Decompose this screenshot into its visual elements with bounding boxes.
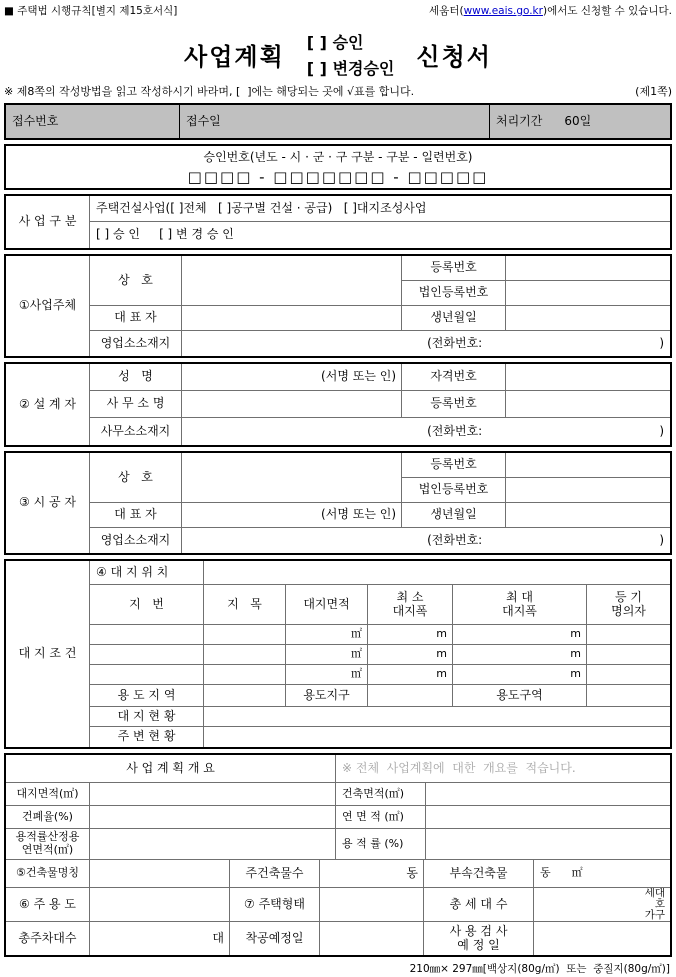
designer-phone-label: (전화번호: <box>427 425 482 439</box>
business-class-table: 사 업 구 분 주택건설사업([ ]전체 [ ]공구별 건설 · 공급) [ ]… <box>4 194 672 250</box>
site-max-unit-1[interactable]: m <box>453 625 587 645</box>
start-date-label: 착공예정일 <box>230 922 320 955</box>
site-col-area: 대지면적 <box>286 585 368 625</box>
field-owner-birth[interactable] <box>506 306 670 331</box>
field-plan-site-area[interactable] <box>90 783 336 806</box>
dong-m2-units: 동 ㎡ <box>540 867 583 880</box>
approval-type-options[interactable]: [ ] 승 인 [ ] 변 경 승 인 <box>90 222 670 248</box>
site-conditions-table: 대 지 조 건 ④ 대 지 위 치 지 번 지 목 대지면적 최 소 대지폭 최… <box>4 559 672 749</box>
site-col-min-width: 최 소 대지폭 <box>368 585 453 625</box>
field-site-status[interactable] <box>204 707 670 727</box>
builder-birth-label: 생년월일 <box>402 503 506 528</box>
surroundings-label: 주 변 현 황 <box>90 727 204 747</box>
site-area-unit-1[interactable]: ㎡ <box>286 625 368 645</box>
eais-notice: 세움터(www.eais.go.kr)에서도 신청할 수 있습니다. <box>429 3 672 18</box>
instruction-row: ※ 제8쪽의 작성방법을 읽고 작성하시기 바라며, [ ]에는 해당되는 곳에… <box>4 83 672 99</box>
main-bldg-count-label: 주건축물수 <box>230 860 320 888</box>
approval-number-boxes[interactable]: □□□□ - □□□□□□□ - □□□□□ <box>188 168 489 186</box>
designer-name-label: 성 명 <box>90 364 182 391</box>
designer-qual-no-label: 자격번호 <box>402 364 506 391</box>
approval-number-caption: 승인번호(년도 - 시 · 군 · 구 구분 - 구분 - 일련번호) <box>203 148 472 165</box>
field-designer-address[interactable]: (전화번호: ) <box>182 418 670 445</box>
dong-unit: 동 <box>406 867 418 881</box>
form-title: 사업계획 [ ] 승인 [ ] 변경승인 신청서 <box>4 30 672 79</box>
field-site-location[interactable] <box>204 561 670 585</box>
total-units-label: 총 세 대 수 <box>424 888 534 922</box>
eais-notice-prefix: 세움터( <box>429 5 464 17</box>
building-summary-table: ⑤건축물명칭 주건축물수 동 부속건축물 동 ㎡ ⑥ 주 용 도 ⑦ 주택형태 … <box>6 859 670 955</box>
field-site-jibun-1[interactable] <box>90 625 204 645</box>
paper-spec-note: 210㎜× 297㎜[백상지(80g/㎡) 또는 중질지(80g/㎡)] <box>4 961 672 976</box>
field-plan-far-area[interactable] <box>90 829 336 859</box>
plan-summary-section: 사 업 계 획 개 요 ※ 전체 사업계획에 대한 개요를 적습니다. 대지면적… <box>4 753 672 957</box>
zone-label: 용 도 지 역 <box>90 685 204 707</box>
top-notice-bar: ■ 주택법 시행규칙[별지 제15호서식] 세움터(www.eais.go.kr… <box>4 1 672 18</box>
field-builder-reg-no[interactable] <box>506 453 670 478</box>
designer-table: ② 설 계 자 성 명 (서명 또는 인) 자격번호 사 무 소 명 등록번호 … <box>4 362 672 447</box>
field-main-bldg-count[interactable]: 동 <box>320 860 424 888</box>
builder-phone-close: ) <box>659 534 664 548</box>
builder-rep-label: 대 표 자 <box>90 503 182 528</box>
field-designer-reg-no[interactable] <box>506 391 670 418</box>
field-plan-bldg-area[interactable] <box>426 783 670 806</box>
business-class-label: 사 업 구 분 <box>6 196 90 248</box>
unit-names: 세대 호 가구 <box>645 888 665 921</box>
receipt-table: 접수번호 접수일 처리기간 60일 <box>4 103 672 140</box>
checkbox-change-approval[interactable]: [ ] 변경승인 <box>307 56 395 79</box>
house-type-label: ⑦ 주택형태 <box>230 888 320 922</box>
owner-table: ①사업주체 상 호 등록번호 법인등록번호 대 표 자 생년월일 영업소소재지 … <box>4 254 672 358</box>
builder-section-label: ③ 시 공 자 <box>6 453 90 553</box>
builder-table: ③ 시 공 자 상 호 등록번호 법인등록번호 대 표 자 (서명 또는 인) … <box>4 451 672 555</box>
site-min-unit-1[interactable]: m <box>368 625 453 645</box>
owner-phone-label: (전화번호: <box>427 337 482 351</box>
site-location-label: ④ 대 지 위 치 <box>90 561 204 585</box>
field-main-use[interactable] <box>90 888 230 922</box>
designer-addr-label: 사무소소재지 <box>90 418 182 445</box>
site-min-unit-2[interactable]: m <box>368 645 453 665</box>
field-builder-birth[interactable] <box>506 503 670 528</box>
builder-trade-name-label: 상 호 <box>90 453 182 503</box>
designer-office-label: 사 무 소 명 <box>90 391 182 418</box>
field-site-jimok-2[interactable] <box>204 645 286 665</box>
field-inspection-date[interactable] <box>534 922 670 955</box>
owner-trade-name-label: 상 호 <box>90 256 182 306</box>
zone2-label: 용도구역 <box>453 685 587 707</box>
plan-bldg-area-label: 건축면적(㎡) <box>336 783 426 806</box>
page-number-note: (제1쪽) <box>635 83 672 99</box>
inspection-date-label: 사 용 검 사 예 정 일 <box>424 922 534 955</box>
owner-addr-label: 영업소소재지 <box>90 331 182 356</box>
site-max-unit-3[interactable]: m <box>453 665 587 685</box>
site-area-unit-2[interactable]: ㎡ <box>286 645 368 665</box>
plan-summary-title: 사 업 계 획 개 요 <box>6 755 336 783</box>
field-bldg-name[interactable] <box>90 860 230 888</box>
site-col-jibun: 지 번 <box>90 585 204 625</box>
site-status-label: 대 지 현 황 <box>90 707 204 727</box>
main-use-label: ⑥ 주 용 도 <box>6 888 90 922</box>
field-house-type[interactable] <box>320 888 424 922</box>
field-builder-corp-no[interactable] <box>506 478 670 503</box>
field-builder-rep[interactable]: (서명 또는 인) <box>182 503 402 528</box>
field-plan-coverage[interactable] <box>90 806 336 829</box>
business-type-options[interactable]: 주택건설사업([ ]전체 [ ]공구별 건설 · 공급) [ ]대지조성사업 <box>90 196 670 222</box>
field-site-owner-1[interactable] <box>587 625 670 645</box>
field-site-jibun-2[interactable] <box>90 645 204 665</box>
site-col-max-width: 최 대 대지폭 <box>453 585 587 625</box>
builder-sign-note: (서명 또는 인) <box>321 508 396 522</box>
designer-reg-no-label: 등록번호 <box>402 391 506 418</box>
eais-notice-suffix: )에서도 신청할 수 있습니다. <box>543 5 672 17</box>
field-designer-name[interactable]: (서명 또는 인) <box>182 364 402 391</box>
builder-phone-label: (전화번호: <box>427 534 482 548</box>
designer-phone-close: ) <box>659 425 664 439</box>
field-designer-qual-no[interactable] <box>506 364 670 391</box>
builder-reg-no-label: 등록번호 <box>402 453 506 478</box>
field-site-owner-3[interactable] <box>587 665 670 685</box>
receipt-no-label: 접수번호 <box>6 105 180 138</box>
field-owner-trade-name[interactable] <box>182 256 402 306</box>
field-owner-reg-no[interactable] <box>506 256 670 281</box>
field-zone2[interactable] <box>587 685 670 707</box>
field-district[interactable] <box>368 685 453 707</box>
field-surroundings[interactable] <box>204 727 670 747</box>
owner-reg-no-label: 등록번호 <box>402 256 506 281</box>
site-col-jimok: 지 목 <box>204 585 286 625</box>
processing-period-cell: 처리기간 60일 <box>490 105 670 138</box>
field-owner-rep[interactable] <box>182 306 402 331</box>
owner-birth-label: 생년월일 <box>402 306 506 331</box>
field-site-jimok-3[interactable] <box>204 665 286 685</box>
processing-period-value: 60일 <box>564 115 591 129</box>
field-total-units[interactable]: 세대 호 가구 <box>534 888 670 922</box>
designer-section-label: ② 설 계 자 <box>6 364 90 445</box>
owner-rep-label: 대 표 자 <box>90 306 182 331</box>
eais-link[interactable]: www.eais.go.kr <box>464 5 543 17</box>
aux-bldg-label: 부속건축물 <box>424 860 534 888</box>
plan-summary-table: 사 업 계 획 개 요 ※ 전체 사업계획에 대한 개요를 적습니다. 대지면적… <box>6 755 670 859</box>
instruction-text: ※ 제8쪽의 작성방법을 읽고 작성하시기 바라며, [ ]에는 해당되는 곳에… <box>4 83 414 99</box>
plan-floor-area-label: 연 면 적 (㎡) <box>336 806 426 829</box>
field-designer-office[interactable] <box>182 391 402 418</box>
field-zone[interactable] <box>204 685 286 707</box>
designer-sign-note: (서명 또는 인) <box>321 370 396 384</box>
field-aux-bldg[interactable]: 동 ㎡ <box>534 860 670 888</box>
site-min-unit-3[interactable]: m <box>368 665 453 685</box>
field-parking[interactable]: 대 <box>90 922 230 955</box>
owner-corp-no-label: 법인등록번호 <box>402 281 506 306</box>
field-site-jibun-3[interactable] <box>90 665 204 685</box>
plan-summary-note: ※ 전체 사업계획에 대한 개요를 적습니다. <box>336 755 670 783</box>
form-page: ■ 주택법 시행규칙[별지 제15호서식] 세움터(www.eais.go.kr… <box>0 0 676 977</box>
field-site-owner-2[interactable] <box>587 645 670 665</box>
form-code-note: ■ 주택법 시행규칙[별지 제15호서식] <box>4 3 177 18</box>
dae-unit: 대 <box>212 932 224 946</box>
receipt-date-label: 접수일 <box>180 105 490 138</box>
owner-section-label: ①사업주체 <box>6 256 90 356</box>
site-section-label: 대 지 조 건 <box>6 561 90 747</box>
field-plan-far[interactable] <box>426 829 670 859</box>
builder-corp-no-label: 법인등록번호 <box>402 478 506 503</box>
site-max-unit-2[interactable]: m <box>453 645 587 665</box>
district-label: 용도지구 <box>286 685 368 707</box>
field-site-jimok-1[interactable] <box>204 625 286 645</box>
field-plan-floor-area[interactable] <box>426 806 670 829</box>
checkbox-approval[interactable]: [ ] 승인 <box>307 30 395 53</box>
processing-period-label: 처리기간 <box>496 115 542 129</box>
field-owner-corp-no[interactable] <box>506 281 670 306</box>
builder-addr-label: 영업소소재지 <box>90 528 182 553</box>
bldg-name-label: ⑤건축물명칭 <box>6 860 90 888</box>
approval-number-box: 승인번호(년도 - 시 · 군 · 구 구분 - 구분 - 일련번호) □□□□… <box>4 144 672 190</box>
owner-phone-close: ) <box>659 337 664 351</box>
title-application: 신청서 <box>416 37 492 72</box>
plan-site-area-label: 대지면적(㎡) <box>6 783 90 806</box>
field-start-date[interactable] <box>320 922 424 955</box>
site-col-reg-owner: 등 기 명의자 <box>587 585 670 625</box>
parking-label: 총주차대수 <box>6 922 90 955</box>
plan-coverage-label: 건폐율(%) <box>6 806 90 829</box>
field-builder-address[interactable]: (전화번호: ) <box>182 528 670 553</box>
field-builder-trade-name[interactable] <box>182 453 402 503</box>
plan-far-area-label: 용적률산정용 연면적(㎡) <box>6 829 90 859</box>
site-area-unit-3[interactable]: ㎡ <box>286 665 368 685</box>
title-approval-options: [ ] 승인 [ ] 변경승인 <box>307 30 395 79</box>
field-owner-address[interactable]: (전화번호: ) <box>182 331 670 356</box>
plan-far-label: 용 적 률 (%) <box>336 829 426 859</box>
title-business-plan: 사업계획 <box>184 37 285 72</box>
